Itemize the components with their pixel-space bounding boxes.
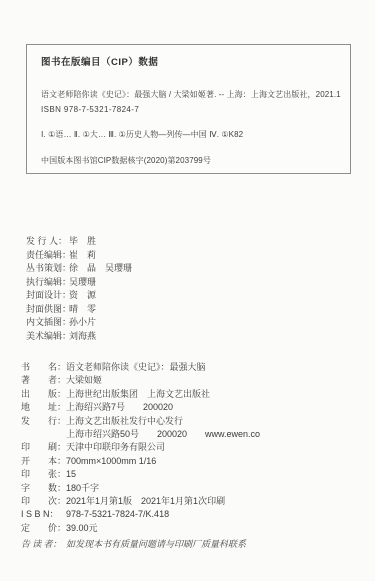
credit-row-executive-editor: 执行编辑： 吴璎珊 (26, 275, 132, 289)
info-value: 978-7-5321-7824-7/K.418 (66, 508, 169, 521)
reader-notice-text: 如发现本书有质量问题请与印刷厂质量科联系 (66, 537, 246, 550)
cip-data-box: 图书在版编目（CIP）数据 语文老师陪你读《史记》：最强大脑 / 大梁如姬著. … (26, 44, 351, 174)
info-value: 语文老师陪你读《史记》：最强大脑 (66, 361, 206, 374)
credits-block: 发 行 人： 毕 胜 责任编辑： 崔 莉 丛书策划： 徐 晶 吴璎珊 执行编辑：… (26, 234, 132, 342)
info-label: 印 张： (21, 468, 66, 481)
info-value: 上海文艺出版社发行中心发行 上海市绍兴路50号 200020 www.ewen.… (66, 415, 260, 442)
info-row-sheets: 印 张： 15 (21, 468, 260, 481)
info-row-isbn: I S B N： 978-7-5321-7824-7/K.418 (21, 508, 260, 521)
info-label: 出 版： (21, 388, 66, 401)
info-value: 39.00元 (66, 522, 98, 535)
info-label: 发 行： (21, 415, 66, 442)
info-row-word-count: 字 数： 180千字 (21, 482, 260, 495)
info-row-printing-company: 印 刷： 天津中印联印务有限公司 (21, 441, 260, 454)
info-row-format: 开 本： 700mm×1000mm 1/16 (21, 455, 260, 468)
credit-row-cover-design: 封面设计： 资 源 (26, 288, 132, 302)
credit-label: 责任编辑： (26, 248, 69, 261)
credit-value: 晴 零 (69, 302, 96, 315)
info-label: 地 址： (21, 401, 66, 414)
info-value: 700mm×1000mm 1/16 (66, 455, 156, 468)
credit-label: 封面设计： (26, 288, 69, 301)
credit-label: 美术编辑： (26, 329, 69, 342)
info-row-title: 书 名： 语文老师陪你读《史记》：最强大脑 (21, 361, 260, 374)
info-value: 15 (66, 468, 76, 481)
reader-notice: 告 读 者： 如发现本书有质量问题请与印刷厂质量科联系 (21, 537, 246, 550)
cip-classification-line: Ⅰ. ①语… Ⅱ. ①大… Ⅲ. ①历史人物—列传—中国 Ⅳ. ①K82 (41, 129, 342, 140)
info-label: I S B N： (21, 508, 66, 521)
credit-value: 徐 晶 吴璎珊 (69, 261, 132, 274)
credit-value: 刘海燕 (69, 329, 96, 342)
info-label: 字 数： (21, 482, 66, 495)
credit-row-series-planning: 丛书策划： 徐 晶 吴璎珊 (26, 261, 132, 275)
credit-row-cover-art: 封面供图： 晴 零 (26, 302, 132, 316)
info-row-edition: 印 次： 2021年1月第1版 2021年1月第1次印刷 (21, 495, 260, 508)
copyright-page: 图书在版编目（CIP）数据 语文老师陪你读《史记》：最强大脑 / 大梁如姬著. … (0, 0, 375, 581)
credit-value: 资 源 (69, 288, 96, 301)
credit-label: 封面供图： (26, 302, 69, 315)
cip-isbn-line: ISBN 978-7-5321-7824-7 (41, 105, 342, 114)
credit-label: 发 行 人： (26, 234, 69, 247)
info-label: 开 本： (21, 455, 66, 468)
book-info-block: 书 名： 语文老师陪你读《史记》：最强大脑 著 者： 大梁如姬 出 版： 上海世… (21, 361, 260, 535)
credit-row-publisher: 发 行 人： 毕 胜 (26, 234, 132, 248)
credit-row-interior-illustrations: 内文插图： 孙小片 (26, 315, 132, 329)
info-value: 大梁如姬 (66, 374, 102, 387)
cip-title: 图书在版编目（CIP）数据 (41, 54, 342, 68)
info-row-address: 地 址： 上海绍兴路7号 200020 (21, 401, 260, 414)
credit-label: 内文插图： (26, 315, 69, 328)
cip-bibliographic-line: 语文老师陪你读《史记》：最强大脑 / 大梁如姬著. -- 上海：上海文艺出版社，… (41, 89, 342, 100)
info-value: 天津中印联印务有限公司 (66, 441, 165, 454)
cip-record-number-line: 中国版本图书馆CIP数据核字(2020)第203799号 (41, 155, 342, 166)
info-row-distribution: 发 行： 上海文艺出版社发行中心发行 上海市绍兴路50号 200020 www.… (21, 415, 260, 442)
info-label: 印 次： (21, 495, 66, 508)
info-value: 2021年1月第1版 2021年1月第1次印刷 (66, 495, 225, 508)
credit-value: 孙小片 (69, 315, 96, 328)
credit-value: 吴璎珊 (69, 275, 96, 288)
info-label: 定 价： (21, 522, 66, 535)
credit-label: 执行编辑： (26, 275, 69, 288)
reader-notice-label: 告 读 者： (21, 537, 66, 550)
info-label: 书 名： (21, 361, 66, 374)
credit-row-responsible-editor: 责任编辑： 崔 莉 (26, 248, 132, 262)
credit-value: 崔 莉 (69, 248, 96, 261)
credit-value: 毕 胜 (69, 234, 96, 247)
info-value: 上海世纪出版集团 上海文艺出版社 (66, 388, 210, 401)
credit-label: 丛书策划： (26, 261, 69, 274)
info-label: 著 者： (21, 374, 66, 387)
info-row-author: 著 者： 大梁如姬 (21, 374, 260, 387)
info-value: 180千字 (66, 482, 99, 495)
credit-row-art-editor: 美术编辑： 刘海燕 (26, 329, 132, 343)
info-row-price: 定 价： 39.00元 (21, 522, 260, 535)
info-value: 上海绍兴路7号 200020 (66, 401, 173, 414)
info-row-publisher: 出 版： 上海世纪出版集团 上海文艺出版社 (21, 388, 260, 401)
info-label: 印 刷： (21, 441, 66, 454)
